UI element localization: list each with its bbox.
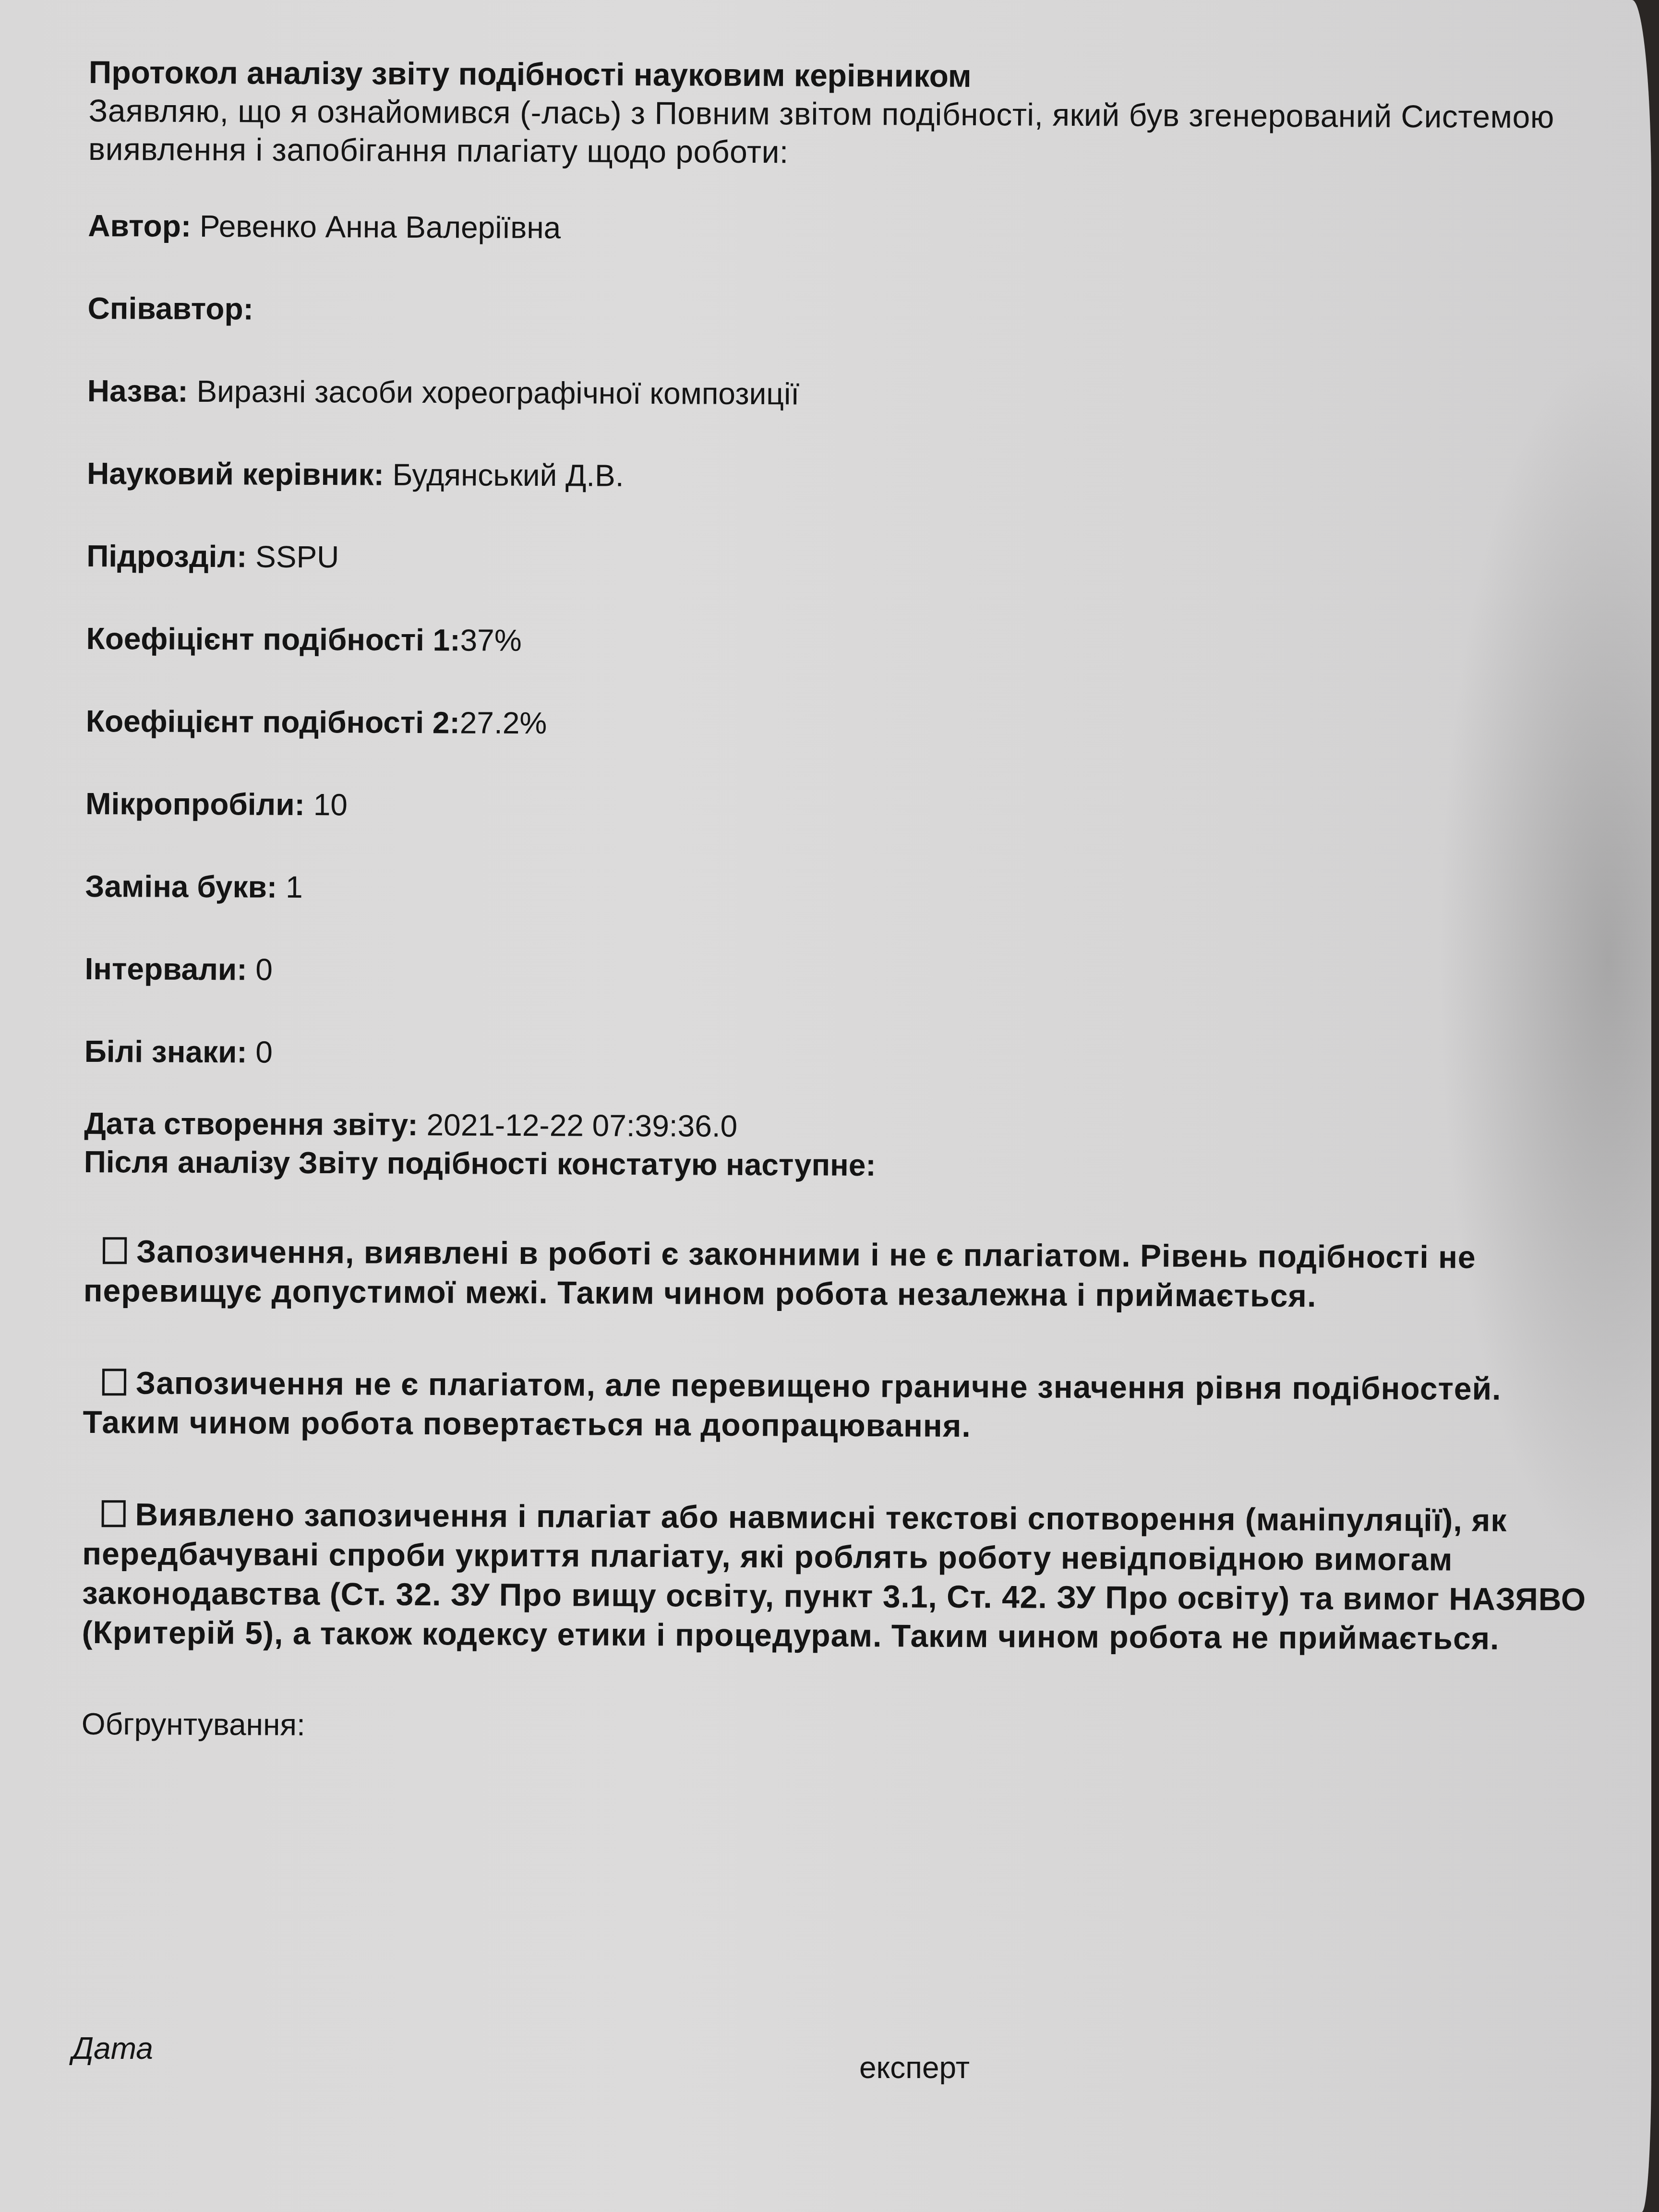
checkbox-option-1[interactable] bbox=[103, 1237, 127, 1264]
checkbox-option-2[interactable] bbox=[102, 1369, 126, 1395]
field-label: Науковий керівник: bbox=[87, 456, 384, 492]
field-label: Співавтор: bbox=[88, 291, 254, 326]
field-label: Дата створення звіту: bbox=[84, 1106, 418, 1142]
paper-sheet: Протокол аналізу звіту подібності науков… bbox=[0, 0, 1651, 2212]
field-value: Будянський Д.В. bbox=[392, 457, 624, 493]
document-title: Протокол аналізу звіту подібності науков… bbox=[89, 53, 1601, 98]
option-return-for-revision: Запозичення не є плагіатом, але перевище… bbox=[83, 1363, 1595, 1448]
field-similarity-1: Коефіцієнт подібності 1:37% bbox=[86, 619, 1599, 664]
option-text: Виявлено запозичення і плагіат або навми… bbox=[82, 1496, 1586, 1656]
field-label: Інтервали: bbox=[85, 951, 247, 986]
protocol-content: Протокол аналізу звіту подібності науков… bbox=[82, 53, 1601, 1750]
field-value: 37% bbox=[460, 623, 521, 658]
field-department: Підрозділ: SSPU bbox=[86, 537, 1599, 582]
field-microspaces: Мікропробіли: 10 bbox=[85, 784, 1598, 829]
field-value: 2021-12-22 07:39:36.0 bbox=[426, 1107, 737, 1143]
field-white-chars: Білі знаки: 0 bbox=[84, 1032, 1597, 1077]
signature-expert-label: експерт bbox=[859, 2050, 970, 2085]
field-work-title: Назва: Виразні засоби хореографічної ком… bbox=[87, 372, 1599, 417]
intro-statement: Заявляю, що я ознайомився (-лась) з Повн… bbox=[88, 91, 1601, 175]
field-supervisor: Науковий керівник: Будянський Д.В. bbox=[87, 454, 1599, 499]
field-value: Виразні засоби хореографічної композиції bbox=[196, 374, 799, 411]
field-label: Автор: bbox=[88, 208, 191, 243]
field-author: Автор: Ревенко Анна Валеріївна bbox=[88, 206, 1600, 252]
field-similarity-2: Коефіцієнт подібності 2:27.2% bbox=[86, 702, 1598, 747]
field-letter-replacement: Заміна букв: 1 bbox=[85, 867, 1597, 912]
field-label: Коефіцієнт подібності 1: bbox=[86, 621, 460, 657]
field-label: Заміна букв: bbox=[85, 869, 277, 904]
field-report-date: Дата створення звіту: 2021-12-22 07:39:3… bbox=[84, 1104, 1596, 1149]
option-text: Запозичення, виявлені в роботі є законни… bbox=[84, 1233, 1476, 1313]
field-coauthor: Співавтор: bbox=[88, 289, 1600, 334]
field-label: Білі знаки: bbox=[84, 1034, 247, 1069]
conclusion-heading: Після аналізу Звіту подібності констатую… bbox=[84, 1142, 1596, 1188]
signature-date-label: Дата bbox=[72, 2031, 153, 2066]
field-value: 27.2% bbox=[460, 705, 547, 740]
field-label: Підрозділ: bbox=[86, 539, 247, 574]
option-legal-borrowing: Запозичення, виявлені в роботі є законни… bbox=[84, 1231, 1596, 1317]
field-value: SSPU bbox=[255, 540, 339, 575]
field-label: Коефіцієнт подібності 2: bbox=[86, 704, 460, 740]
justification-label: Обгрунтування: bbox=[82, 1705, 1594, 1750]
field-value: 0 bbox=[255, 1035, 273, 1070]
field-intervals: Інтервали: 0 bbox=[85, 950, 1597, 995]
field-label: Назва: bbox=[87, 373, 188, 409]
field-label: Мікропробіли: bbox=[85, 786, 305, 822]
checkbox-option-3[interactable] bbox=[102, 1500, 126, 1527]
option-text: Запозичення не є плагіатом, але перевище… bbox=[83, 1365, 1501, 1443]
field-value: Ревенко Анна Валеріївна bbox=[200, 209, 561, 245]
field-value: 10 bbox=[313, 787, 348, 822]
option-plagiarism-rejected: Виявлено запозичення і плагіат або навми… bbox=[82, 1494, 1594, 1659]
field-value: 0 bbox=[255, 952, 273, 987]
field-value: 1 bbox=[286, 870, 303, 904]
